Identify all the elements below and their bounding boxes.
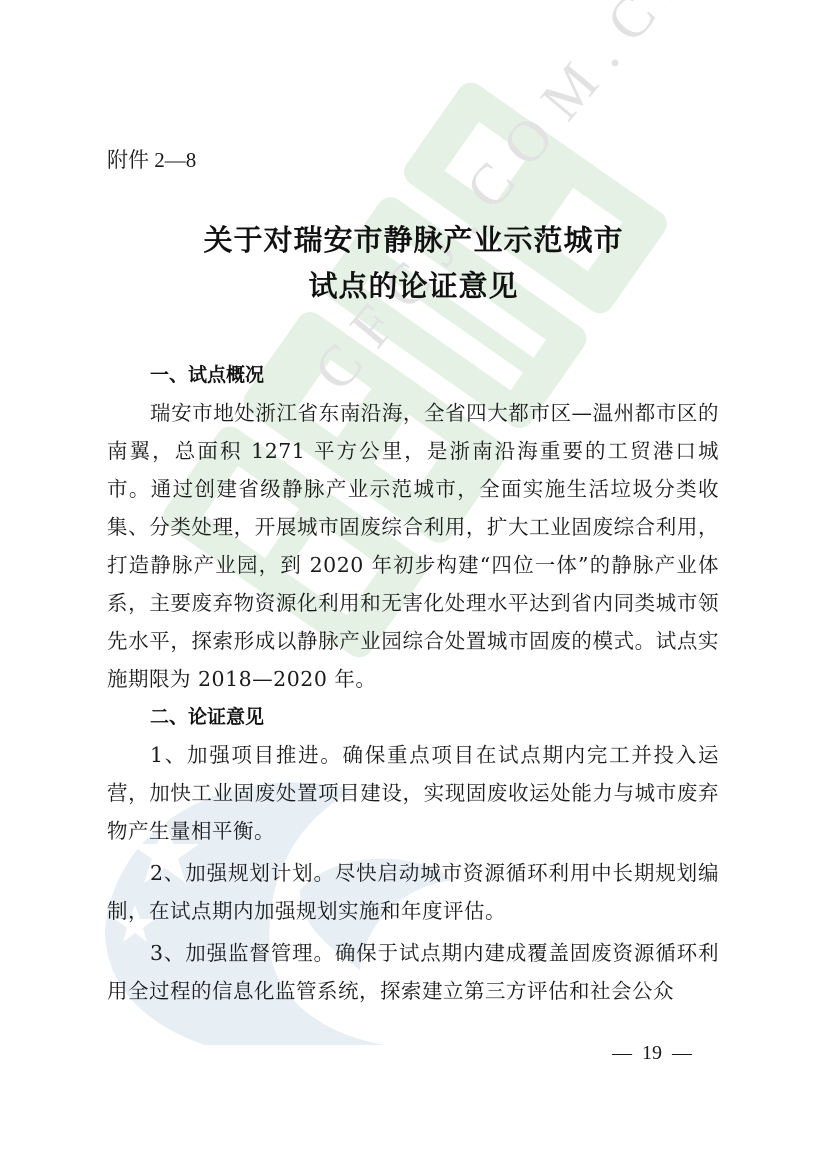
annex-label: 附件 2—8 <box>107 144 196 174</box>
overview-paragraph: 瑞安市地处浙江省东南沿海，全省四大都市区—温州都市区的南翼，总面积 1271 平… <box>107 394 719 698</box>
opinion-item-1: 1、加强项目推进。确保重点项目在试点期内完工并投入运营，加快工业固废处置项目建设… <box>107 736 719 850</box>
section-heading-opinions: 二、论证意见 <box>107 698 719 736</box>
document-body: 一、试点概况 瑞安市地处浙江省东南沿海，全省四大都市区—温州都市区的南翼，总面积… <box>107 356 719 1010</box>
section-heading-overview: 一、试点概况 <box>107 356 719 394</box>
document-title-line-1: 关于对瑞安市静脉产业示范城市 <box>0 218 827 259</box>
opinion-item-3: 3、加强监督管理。确保于试点期内建成覆盖固废资源循环利用全过程的信息化监管系统，… <box>107 934 719 1010</box>
page-number: — 19 — <box>612 1042 692 1065</box>
document-title-line-2: 试点的论证意见 <box>0 264 827 305</box>
document-page: CFCJ.COM.CN 附件 2—8 关于对瑞安市静脉产业示范城市 试点的论证意… <box>0 0 827 1169</box>
opinion-item-2: 2、加强规划计划。尽快启动城市资源循环利用中长期规划编制，在试点期内加强规划实施… <box>107 854 719 930</box>
